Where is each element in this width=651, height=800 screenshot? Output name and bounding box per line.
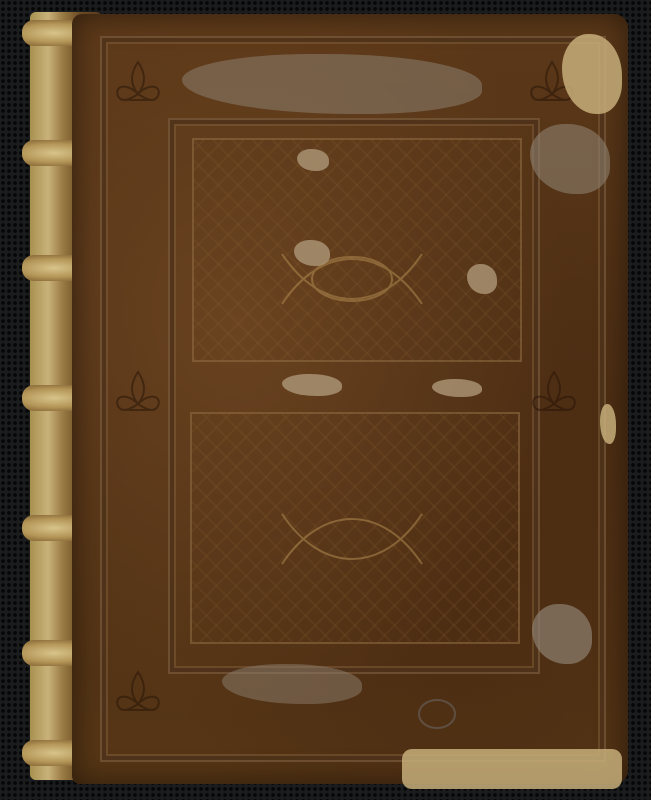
ring-tool-icon: [412, 694, 462, 734]
book-cover-board: [72, 14, 628, 784]
abrasion-bottom-edge: [402, 749, 622, 789]
fleur-de-lis-icon: [108, 364, 168, 424]
interlace-ornament: [272, 224, 432, 334]
abrasion-edge-right: [600, 404, 616, 444]
interlace-ornament: [272, 484, 432, 594]
fleur-de-lis-icon: [524, 364, 584, 424]
fleur-de-lis-icon: [108, 664, 168, 724]
fleur-de-lis-icon: [108, 54, 168, 114]
